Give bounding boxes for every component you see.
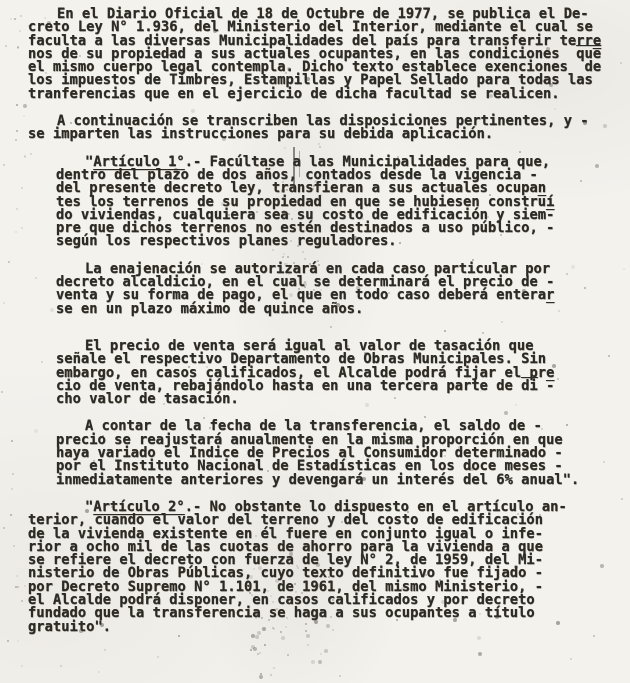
text-run: se imparten las instrucciones para su de…	[28, 126, 493, 142]
scan-smudge-layer	[0, 0, 2, 2]
text-run: inmediatamente anteriores y devengará un…	[56, 472, 579, 488]
text-line: inmediatamente anteriores y devengará un…	[56, 474, 630, 487]
text-run: según los respectivos planes reguladores…	[56, 233, 397, 249]
text-line: se imparten las instrucciones para su de…	[28, 128, 630, 141]
paragraph: A contar de la fecha de la transferencia…	[56, 420, 630, 486]
text-run: di	[521, 378, 538, 394]
text-run: -	[538, 378, 555, 394]
paragraph: A continuación se transcriben las dispos…	[28, 115, 630, 142]
text-line: tranferencias que en el ejercicio de dic…	[28, 88, 630, 101]
text-line: se en un plazo máximo de quince años.	[56, 303, 630, 316]
text-run: r	[546, 287, 554, 303]
paragraph: "Artículo 2°.- No obstante lo dispuesto …	[28, 501, 630, 634]
text-run: cho valor de tasación.	[56, 391, 239, 407]
text-line: fundado que la transferencia se haga a s…	[28, 607, 630, 620]
text-run: tranferencias que en el ejercicio de dic…	[28, 86, 560, 102]
paragraph: "Artículo 1°.- Facúltase a las Municipal…	[56, 156, 630, 249]
paragraph: El precio de venta será igual al valor d…	[56, 340, 630, 406]
text-line: gratuito".	[28, 621, 630, 634]
text-line: según los respectivos planes reguladores…	[56, 235, 630, 248]
scanned-document-page: En el Diario Oficial de 18 de Octubre de…	[0, 0, 630, 683]
document-body: En el Diario Oficial de 18 de Octubre de…	[0, 8, 630, 634]
scan-noise-layer	[0, 0, 2, 2]
paragraph: En el Diario Oficial de 18 de Octubre de…	[28, 8, 630, 101]
paragraph: La enajenación se autorizará en cada cas…	[56, 263, 630, 316]
text-run: se en un plazo máximo de quince años.	[56, 301, 363, 317]
text-run: gratuito".	[28, 619, 111, 635]
text-line: cho valor de tasación.	[56, 393, 630, 406]
